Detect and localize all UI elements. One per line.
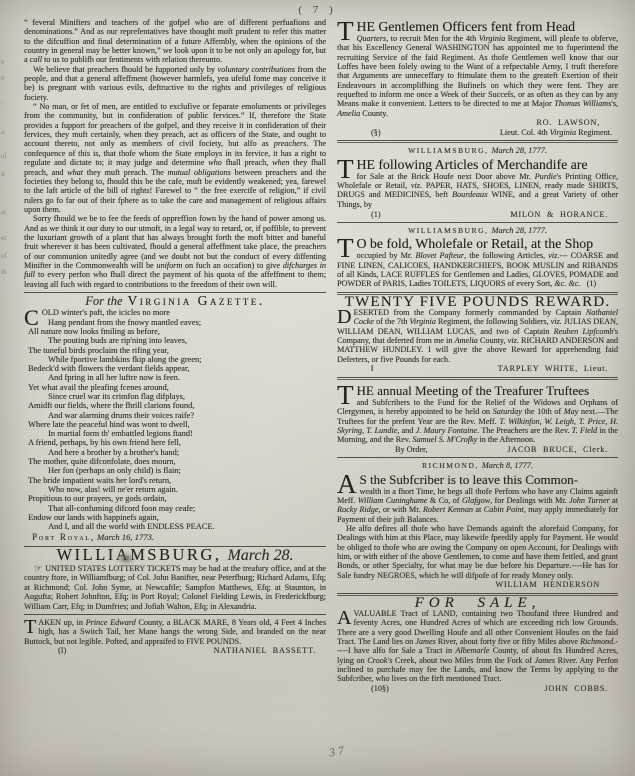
signature-title: Lieut. Col. 4th Virginia Regiment. xyxy=(500,128,612,137)
signature-row: RO. LAWSON, xyxy=(337,118,618,127)
dateline-date: March 8, 1777. xyxy=(482,461,533,470)
for-sale-headline: FOR SALE, xyxy=(337,599,618,608)
reward-headline: TWENTY FIVE POUNDS REWARD. xyxy=(337,298,618,307)
newspaper-page: ( 7 ) e n - a of it ar ec of th “ fevera… xyxy=(0,0,635,776)
signature-row: (1) MILON & HORANCE. xyxy=(337,210,618,219)
signature-row: By Order, JACOB BRUCE, Clerk. xyxy=(337,445,618,454)
printer-mark: (1) xyxy=(371,210,381,219)
essay-paragraph: We believe that preachers fhould be fupp… xyxy=(24,65,326,102)
ad-text: and Subfcribers to the Fund for the Reli… xyxy=(337,398,618,444)
poem-line: And fpring in all her luftre now is feen… xyxy=(24,373,326,382)
poem-line: Hang pendant from the fnowy mantled eave… xyxy=(24,318,326,327)
dropcap: T xyxy=(337,237,354,259)
dateline-date: March 28, 1777. xyxy=(491,226,547,235)
dateline: RICHMOND,March 8, 1777. xyxy=(337,461,618,470)
section-divider xyxy=(337,377,618,380)
williamsburg-heading-city: WILLIAMSBURG, xyxy=(56,545,221,564)
poem-line: And I, and all the world with ENDLESS PE… xyxy=(24,522,326,531)
poem-line: A friend, perhaps, by his own friend her… xyxy=(24,438,326,447)
ad-text: occupied by Mr. Blovet Pafteur, the foll… xyxy=(337,251,618,288)
land-sale-ad: AVALUABLE Tract of LAND, containing two … xyxy=(337,609,618,694)
poem-line: And war alarming drums their voices raif… xyxy=(24,411,326,420)
dropcap: T xyxy=(337,384,354,406)
essay-paragraph: Sorry fhould we be to fee the feeds of o… xyxy=(24,214,326,289)
margin-bleed-text: it xyxy=(1,170,5,178)
deserters-reward-ad: TWENTY FIVE POUNDS REWARD. DESERTED from… xyxy=(337,298,618,374)
margin-bleed-text: a xyxy=(1,128,4,136)
recruiting-notice: THE Gentlemen Officers fent from HeadQua… xyxy=(337,19,618,137)
poem-line: Propitious to our prayers, ye gods ordai… xyxy=(24,494,326,503)
poem-line: Amidft our fields, where the fhrill clar… xyxy=(24,401,326,410)
signature-row: (§) Lieut. Col. 4th Virginia Regiment. xyxy=(337,128,618,137)
gazette-section-heading: For theVirginia Gazette. xyxy=(24,296,326,307)
dateline-date: March 28, 1777. xyxy=(491,146,547,155)
dateline: WILLIAMSBURG,March 28, 1777. xyxy=(337,226,618,235)
treasurer-meeting-notice: THE annual Meeting of the Treafurer Truf… xyxy=(337,383,618,455)
dropcap: D xyxy=(337,309,351,325)
pasteur-shop-ad: TO be fold, Wholefale or Retail, at the … xyxy=(337,236,618,288)
ad-text: AKEN up, in Prince Edward County, a BLAC… xyxy=(24,618,326,646)
lottery-text: UNITED STATES LOTTERY TICKETS may be had… xyxy=(24,564,326,610)
dateline-place: WILLIAMSBURG, xyxy=(408,146,488,155)
signature-name: MILON & HORANCE. xyxy=(510,210,608,219)
margin-bleed-text: th xyxy=(1,268,6,276)
signature-name: WILLIAM HENDERSON xyxy=(495,580,600,589)
gazette-heading-prefix: For the xyxy=(85,294,122,308)
dropcap: A xyxy=(337,473,357,495)
poem-line: Who now, alas! will ne'er return again. xyxy=(24,485,326,494)
poem-line: The bride impatient waits her lord's ret… xyxy=(24,476,326,485)
williamsburg-heading: WILLIAMSBURG,March 28. xyxy=(24,550,326,562)
dateline-place: RICHMOND, xyxy=(422,461,479,470)
poem-dropcap: C xyxy=(24,309,39,326)
dropcap: T xyxy=(24,619,36,635)
poem-line: The pouting buds are rip'ning into leave… xyxy=(24,336,326,345)
poem-line: All nature now looks fmiling as before, xyxy=(24,327,326,336)
poem-dateline-date: March 16, 1773. xyxy=(97,532,154,542)
signature-row: (10§) JOHN COBBS. xyxy=(337,684,618,693)
poem-line: OLD winter's paft, the icicles no more xyxy=(24,308,326,317)
poem-line: In martial form th' embattled legions ft… xyxy=(24,429,326,438)
poem-dateline: Port Royal, March 16, 1773. xyxy=(24,533,326,542)
signature-row: ‖ TARPLEY WHITE, Lieut. xyxy=(337,364,618,373)
poem-line: The mother, quite difconfolate, does mou… xyxy=(24,457,326,466)
signature-name: RO. LAWSON, xyxy=(536,118,600,127)
handwritten-number: 37 xyxy=(328,743,348,761)
ad-text: He alfo defires all thofe who have Deman… xyxy=(337,524,618,580)
ad-text: VALUABLE Tract of LAND, containing two T… xyxy=(337,609,618,683)
printer-mark: (10§) xyxy=(371,684,389,693)
poem-line: Since cruel war its crimfon flag difplay… xyxy=(24,392,326,401)
poem-line: Yet what avail the pleafing fcenes aroun… xyxy=(24,383,326,392)
signature-row: (I) NATHANIEL BASSETT. xyxy=(24,646,326,655)
poem-line: Bedeck'd with flowers the verdant fields… xyxy=(24,364,326,373)
signature-name: JACOB BRUCE, Clerk. xyxy=(507,445,608,454)
merchandise-ad: THE following Articles of Merchandife ar… xyxy=(337,157,618,219)
ad-headline: HE Gentlemen Officers fent from Head xyxy=(337,19,618,34)
poem-line: Where late the peaceful hind was wont to… xyxy=(24,420,326,429)
margin-bleed-text: ec xyxy=(1,234,7,242)
printer-mark: ‖ xyxy=(371,364,373,373)
section-divider xyxy=(24,614,326,615)
manicule-icon: ☞ xyxy=(34,563,42,573)
lottery-notice: ☞UNITED STATES LOTTERY TICKETS may be ha… xyxy=(24,564,326,611)
taken-up-ad: TAKEN up, in Prince Edward County, a BLA… xyxy=(24,618,326,656)
ad-text: Quarters, to recruit Men for the 4th Vir… xyxy=(337,34,618,118)
section-divider xyxy=(337,222,618,223)
margin-bleed-text: n xyxy=(1,74,5,82)
poem-line: The tuneful birds proclaim the rifing ye… xyxy=(24,346,326,355)
poem-line: While fportive lambkins fkip along the g… xyxy=(24,355,326,364)
dropcap: T xyxy=(337,158,354,180)
signature-name: JOHN COBBS. xyxy=(544,684,608,693)
dateline: WILLIAMSBURG,March 28, 1777. xyxy=(337,146,618,155)
williamsburg-heading-date: March 28. xyxy=(227,547,293,564)
margin-bleed-text: of xyxy=(1,152,7,160)
columns: “ feveral Minifters and teachers of the … xyxy=(24,18,618,694)
dropcap: A xyxy=(337,610,351,626)
poem-dateline-place: Port Royal, xyxy=(32,532,95,542)
section-divider xyxy=(337,140,618,143)
ad-text: ESERTED from the Company formerly comman… xyxy=(337,308,618,364)
poem-line: Endow our lands with happinefs again, xyxy=(24,513,326,522)
henderson-notice: AS the Subfcriber is to leave this Commo… xyxy=(337,472,618,590)
essay-paragraph: “ feveral Minifters and teachers of the … xyxy=(24,18,326,65)
poem-line: That all-confuming difcord foon may ceaf… xyxy=(24,504,326,513)
ad-text: wealth in a fhort Time, he begs all thof… xyxy=(337,487,618,524)
ad-headline: HE following Articles of Merchandife are xyxy=(337,157,618,172)
ad-headline: O be fold, Wholefale or Retail, at the S… xyxy=(337,236,618,251)
dateline-place: WILLIAMSBURG, xyxy=(408,226,488,235)
signature-row: WILLIAM HENDERSON xyxy=(337,580,618,589)
dropcap: T xyxy=(337,20,354,42)
by-order-label: By Order, xyxy=(395,445,427,454)
ad-text: for Sale at the Brick Houfe next Door ab… xyxy=(337,172,618,209)
printer-mark: (I) xyxy=(58,646,66,655)
signature-name: NATHANIEL BASSETT. xyxy=(214,646,316,655)
poem-line: Her fon (perhaps an only child) is flain… xyxy=(24,466,326,475)
margin-bleed-text: - xyxy=(1,98,3,106)
signature-name: TARPLEY WHITE, Lieut. xyxy=(498,364,608,373)
printer-mark: (§) xyxy=(371,128,381,137)
margin-bleed-text: of xyxy=(1,252,7,260)
poem: C OLD winter's paft, the icicles no more… xyxy=(24,308,326,531)
essay-paragraph: “ No man, or fet of men, are entitled to… xyxy=(24,102,326,214)
margin-bleed-text: ar xyxy=(1,208,6,216)
gazette-heading-title: Virginia Gazette. xyxy=(127,293,264,308)
poem-line: And here a brother by a brother's hand; xyxy=(24,448,326,457)
section-divider xyxy=(337,457,618,458)
page-number: ( 7 ) xyxy=(0,4,635,16)
ink-smudge xyxy=(116,552,136,565)
right-column: THE Gentlemen Officers fent from HeadQua… xyxy=(337,18,618,694)
left-column: “ feveral Minifters and teachers of the … xyxy=(24,18,326,694)
margin-bleed-text: e xyxy=(1,58,4,66)
ad-headline: S the Subfcriber is to leave this Common… xyxy=(337,472,618,487)
ad-headline: HE annual Meeting of the Treafurer Truft… xyxy=(337,383,618,398)
